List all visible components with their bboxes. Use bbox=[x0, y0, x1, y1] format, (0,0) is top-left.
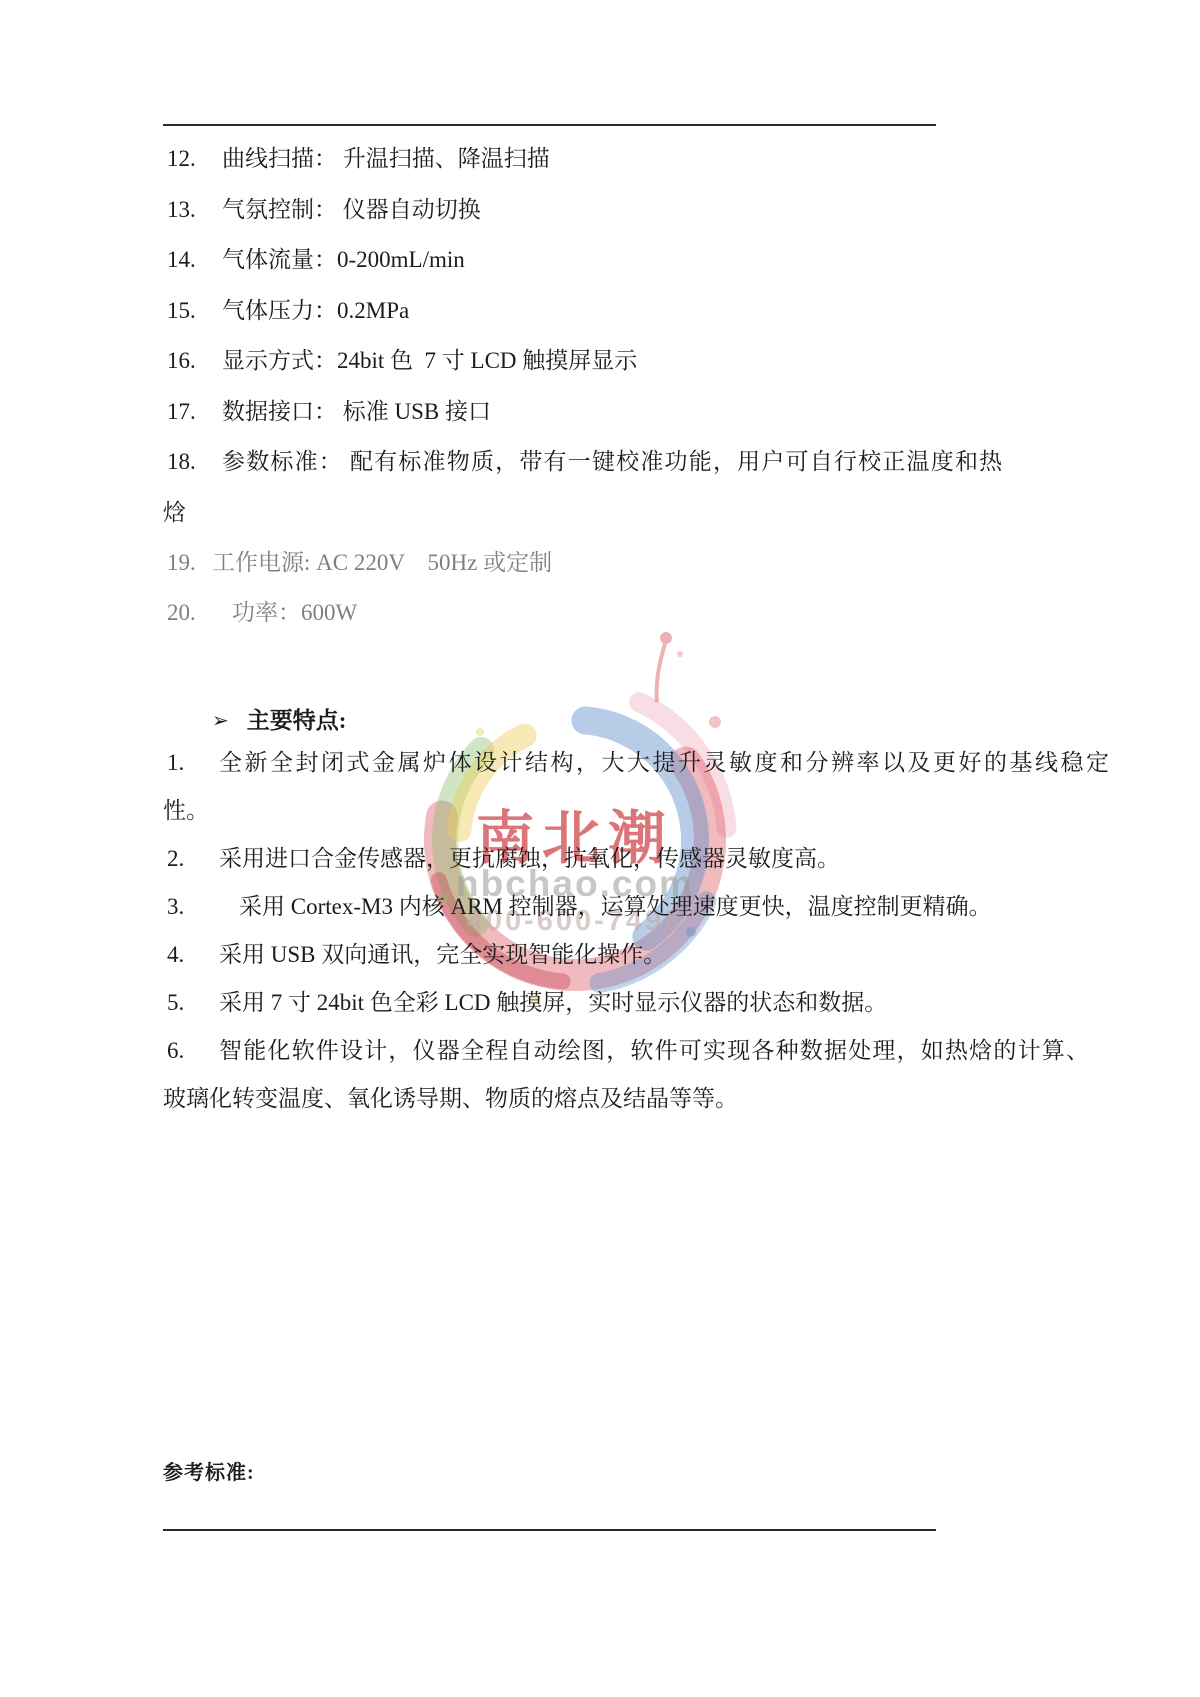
item-text: 采用 7 寸 24bit 色全彩 LCD 触摸屏，实时显示仪器的状态和数据。 bbox=[219, 990, 887, 1015]
feature-item-1: 1.全新全封闭式金属炉体设计结构，大大提升灵敏度和分辨率以及更好的基线稳定 bbox=[167, 749, 1112, 777]
item-number: 5. bbox=[167, 989, 219, 1017]
spec-item-19: 19.工作电源: AC 220V 50Hz 或定制 bbox=[167, 549, 552, 577]
document-page: 12.曲线扫描： 升温扫描、降温扫描 13.气氛控制： 仪器自动切换 14.气体… bbox=[0, 0, 1200, 1697]
item-text: 数据接口： 标准 USB 接口 bbox=[222, 399, 491, 424]
spec-item-20: 20.功率：600W bbox=[167, 599, 357, 627]
item-number: 16. bbox=[167, 347, 222, 375]
top-horizontal-rule bbox=[163, 124, 936, 126]
feature-item-4: 4.采用 USB 双向通讯，完全实现智能化操作。 bbox=[167, 941, 666, 969]
features-heading-text: 主要特点: bbox=[247, 708, 347, 733]
spec-item-15: 15.气体压力：0.2MPa bbox=[167, 297, 409, 325]
item-text: 焓 bbox=[163, 500, 186, 525]
item-text: 气氛控制： 仪器自动切换 bbox=[222, 197, 481, 222]
item-text: 显示方式：24bit 色 7 寸 LCD 触摸屏显示 bbox=[222, 348, 637, 373]
spec-item-18: 18.参数标准： 配有标准物质，带有一键校准功能，用户可自行校正温度和热 bbox=[167, 448, 1003, 476]
paint-drip bbox=[657, 644, 665, 702]
spec-item-18-continuation: 焓 bbox=[163, 499, 186, 527]
item-text: 采用进口合金传感器，更抗腐蚀，抗氧化，传感器灵敏度高。 bbox=[219, 846, 840, 871]
item-number: 15. bbox=[167, 297, 222, 325]
item-text: 功率：600W bbox=[232, 600, 357, 625]
spec-item-12: 12.曲线扫描： 升温扫描、降温扫描 bbox=[167, 145, 550, 173]
item-number: 12. bbox=[167, 145, 222, 173]
spec-item-17: 17.数据接口： 标准 USB 接口 bbox=[167, 398, 491, 426]
item-number: 20. bbox=[167, 599, 232, 627]
feature-item-3: 3.采用 Cortex-M3 内核 ARM 控制器，运算处理速度更快，温度控制更… bbox=[167, 893, 992, 921]
item-text: 采用 USB 双向通讯，完全实现智能化操作。 bbox=[219, 942, 666, 967]
item-text: 气体流量：0-200mL/min bbox=[222, 247, 465, 272]
arrow-bullet-icon: ➢ bbox=[212, 708, 229, 733]
item-number: 18. bbox=[167, 448, 222, 476]
feature-item-1-continuation: 性。 bbox=[163, 797, 209, 825]
item-text: 采用 Cortex-M3 内核 ARM 控制器，运算处理速度更快，温度控制更精确… bbox=[239, 894, 992, 919]
item-number: 19. bbox=[167, 549, 212, 577]
item-text: 性。 bbox=[163, 798, 209, 823]
item-number: 4. bbox=[167, 941, 219, 969]
features-heading: ➢主要特点: bbox=[212, 702, 346, 735]
item-number: 6. bbox=[167, 1037, 219, 1065]
item-text: 气体压力：0.2MPa bbox=[222, 298, 409, 323]
item-number: 14. bbox=[167, 246, 222, 274]
feature-item-2: 2.采用进口合金传感器，更抗腐蚀，抗氧化，传感器灵敏度高。 bbox=[167, 845, 840, 873]
item-text: 玻璃化转变温度、氧化诱导期、物质的熔点及结晶等等。 bbox=[163, 1086, 738, 1111]
bottom-horizontal-rule bbox=[163, 1529, 936, 1531]
reference-standards-heading: 参考标准: bbox=[163, 1456, 255, 1485]
feature-item-6-continuation: 玻璃化转变温度、氧化诱导期、物质的熔点及结晶等等。 bbox=[163, 1085, 738, 1113]
item-number: 13. bbox=[167, 196, 222, 224]
spec-item-14: 14.气体流量：0-200mL/min bbox=[167, 246, 465, 274]
spec-item-16: 16.显示方式：24bit 色 7 寸 LCD 触摸屏显示 bbox=[167, 347, 637, 375]
item-text: 曲线扫描： 升温扫描、降温扫描 bbox=[222, 146, 550, 171]
item-text: 智能化软件设计，仪器全程自动绘图，软件可实现各种数据处理，如热焓的计算、 bbox=[219, 1038, 1090, 1063]
spec-item-13: 13.气氛控制： 仪器自动切换 bbox=[167, 196, 481, 224]
item-number: 2. bbox=[167, 845, 219, 873]
item-number: 17. bbox=[167, 398, 222, 426]
feature-item-6: 6.智能化软件设计，仪器全程自动绘图，软件可实现各种数据处理，如热焓的计算、 bbox=[167, 1037, 1090, 1065]
item-text: 全新全封闭式金属炉体设计结构，大大提升灵敏度和分辨率以及更好的基线稳定 bbox=[219, 750, 1112, 775]
item-number: 3. bbox=[167, 893, 239, 921]
item-text: 工作电源: AC 220V 50Hz 或定制 bbox=[212, 550, 552, 575]
item-text: 参数标准： 配有标准物质，带有一键校准功能，用户可自行校正温度和热 bbox=[222, 449, 1003, 474]
item-number: 1. bbox=[167, 749, 219, 777]
feature-item-5: 5.采用 7 寸 24bit 色全彩 LCD 触摸屏，实时显示仪器的状态和数据。 bbox=[167, 989, 887, 1017]
